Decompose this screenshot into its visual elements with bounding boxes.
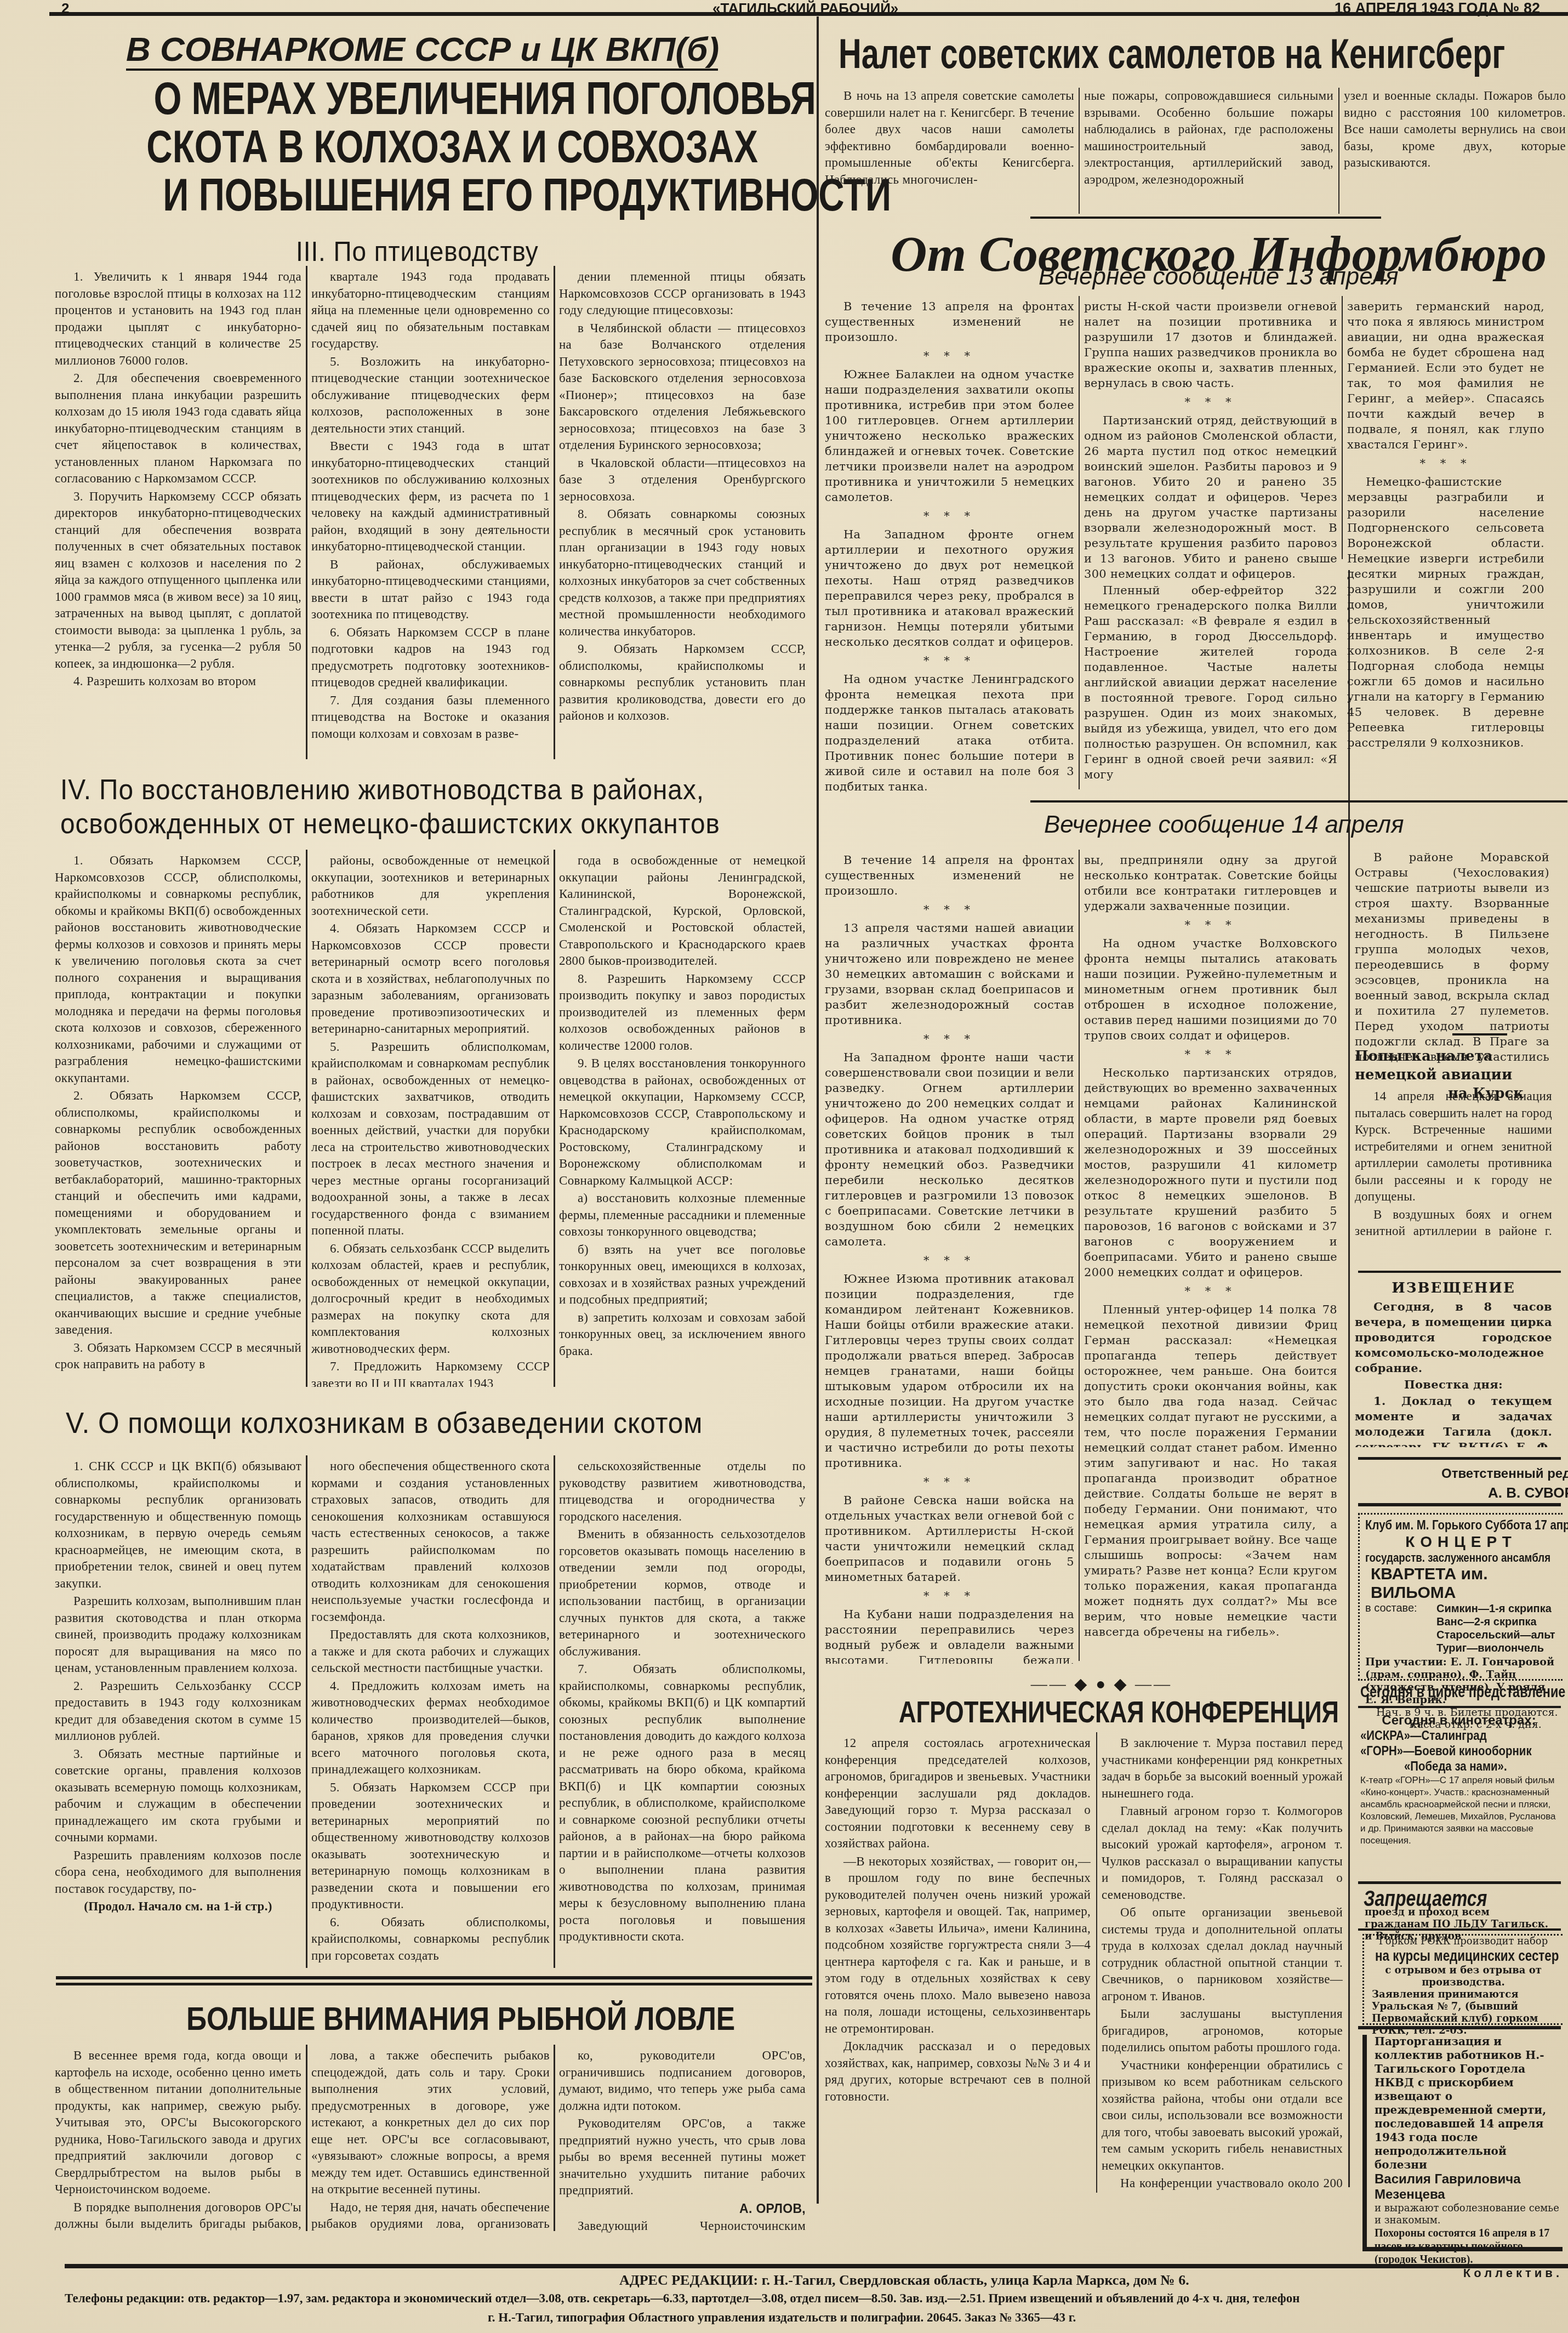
paragraph: Вменить в обязанность сельхозотделов гор… — [559, 1526, 806, 1660]
separator-stars: * * * — [825, 1031, 1074, 1046]
masthead-rule — [49, 12, 1568, 16]
separator-stars: * * * — [825, 1253, 1074, 1268]
koenigsberg-rule — [1030, 217, 1381, 219]
divider — [554, 850, 555, 1387]
author-title: Заведующий Черноисточинским рыбпунктом. — [559, 2218, 806, 2234]
paragraph: В порядке выполнения договоров ОРС'ы дол… — [55, 2199, 301, 2234]
paragraph: ные пожары, сопровождавшиеся сильными вз… — [1084, 88, 1333, 188]
paragraph: 4. Разрешить колхозам во втором — [55, 673, 301, 690]
paragraph: 8. Обязать совнаркомы союзных республик … — [559, 506, 806, 640]
paragraph: 1. Обязать Наркомзем СССР, Наркомсовхозо… — [55, 852, 301, 1086]
paragraph: В течение 13 апреля на фронтах существен… — [825, 299, 1074, 345]
report-14-col-3: В районе Моравской Остравы (Чехословакия… — [1355, 850, 1549, 1069]
paragraph: 3. Обязать местные партийные и советские… — [55, 1746, 301, 1846]
paragraph: ристы Н-ской части произвели огневой нал… — [1084, 299, 1337, 391]
section-4-col-2: районы, освобожденные от немецкой оккупа… — [311, 852, 550, 1387]
concert-venue: Клуб им. М. Горького Суббота 17 апреля — [1365, 1518, 1533, 1533]
obituary-funeral: Похороны состоятся 16 апреля в 17 часов … — [1375, 2227, 1563, 2266]
footer-rule — [65, 2264, 1568, 2268]
paragraph: 2. Для обеспечения своевременного выполн… — [55, 370, 301, 487]
fishing-title: БОЛЬШЕ ВНИМАНИЯ РЫБНОЙ ЛОВЛЕ — [186, 2000, 735, 2038]
paragraph: узел и военные склады. Пожаров было видн… — [1344, 88, 1566, 172]
editor-rule — [1358, 1503, 1561, 1506]
circus-rule — [1358, 1706, 1561, 1708]
obituary-condolence: и выражают соболезнование семье и знаком… — [1375, 2203, 1563, 2227]
paragraph: Пленный унтер-офицер 14 полка 78 немецко… — [1084, 1302, 1337, 1640]
separator-stars: * * * — [825, 902, 1074, 917]
report-13-col-2: ристы Н-ской части произвели огневой нал… — [1084, 299, 1337, 792]
paragraph: года в освобожденные от немецкой оккупац… — [559, 852, 806, 970]
koenigsberg-title: Налет советских самолетов на Кенигсберг — [839, 30, 1568, 78]
koenigsberg-col-3: узел и военные склады. Пожаров было видн… — [1344, 88, 1566, 214]
circus-title: Сегодня в цирке представление — [1360, 1683, 1565, 1702]
separator-stars: * * * — [1347, 456, 1544, 471]
red-cross-title: на курсы медицинских сестер — [1375, 1947, 1525, 1965]
paragraph: 12 апреля состоялась агротехническая кон… — [825, 1735, 1091, 1852]
divider — [1079, 850, 1080, 1661]
paragraph: 8. Разрешить Наркомзему СССР производить… — [559, 971, 806, 1055]
notice-text: Сегодня, в 8 часов вечера, в помещении ц… — [1355, 1299, 1552, 1376]
paragraph: Разрешить правлениям колхозов после сбор… — [55, 1847, 301, 1898]
agenda-title: Повестка дня: — [1355, 1377, 1552, 1392]
notice-rule — [1358, 1271, 1561, 1273]
paragraph: Южнее Балаклеи на одном участке наши под… — [825, 367, 1074, 505]
paragraph: 7. Для создания базы племенного птицевод… — [311, 692, 550, 743]
paragraph: Были заслушаны выступления бригадиров, а… — [1102, 2006, 1343, 2056]
paragraph: районы, освобожденные от немецкой оккупа… — [311, 852, 550, 919]
paragraph: 1. СНК СССР и ЦК ВКП(б) обязывают облисп… — [55, 1458, 301, 1592]
red-cross-line: с отрывом и без отрыва от производства. — [1364, 1965, 1563, 1989]
paragraph: 7. Предложить Наркомзему СССР завезти во… — [311, 1358, 550, 1387]
ensemble-member: Симкин—1-я скрипка — [1436, 1602, 1555, 1615]
kicker-rule — [126, 69, 718, 71]
newspaper-page: 2 «ТАГИЛЬСКИЙ РАБОЧИЙ» 16 АПРЕЛЯ 1943 ГО… — [0, 0, 1568, 2333]
report-13-col-1: В течение 13 апреля на фронтах существен… — [825, 299, 1074, 792]
paragraph: —В некоторых хозяйствах, — говорит он,—в… — [825, 1853, 1091, 2038]
notice-body: Сегодня, в 8 часов вечера, в помещении ц… — [1355, 1299, 1552, 1447]
section-3-title: III. По птицеводству — [296, 236, 539, 268]
paragraph: Южнее Изюма противник атаковал позиции п… — [825, 1271, 1074, 1471]
obituary: Парторганизация и коллектив работников Н… — [1362, 2035, 1563, 2251]
author-name: А. ОРЛОВ, — [559, 2200, 806, 2217]
kursk-text: 14 апреля немецкая авиация пыталась сове… — [1355, 1088, 1552, 1236]
section-3-col-2: квартале 1943 года продавать инкубаторно… — [311, 269, 550, 762]
section-5-col-3: сельскохозяйственные отделы по руководст… — [559, 1458, 806, 1968]
paragraph: Руководителям ОРС'ов, а также предприяти… — [559, 2115, 806, 2199]
paragraph: В районе Моравской Остравы (Чехословакия… — [1355, 850, 1549, 1069]
editor-name: А. В. СУВОРОВ — [1488, 1484, 1568, 1501]
continued-note: (Продол. Начало см. на 1-й стр.) — [55, 1898, 301, 1915]
paragraph: Партизанский отряд, действующий в одном … — [1084, 413, 1337, 582]
cinema-line: «ИСКРА»—Сталинград — [1360, 1728, 1528, 1744]
fishing-col-2: лова, а также обеспечить рыбаков спецоде… — [311, 2047, 550, 2234]
report-13-title: Вечернее сообщение 13 апреля — [1039, 263, 1399, 291]
paragraph: На одном участке Волховского фронта немц… — [1084, 936, 1337, 1043]
fishing-col-1: В весеннее время года, когда овощи и кар… — [55, 2047, 301, 2234]
kursk-title-line: Попытка налета немецкой авиации — [1355, 1047, 1552, 1084]
ensemble-member: Ванс—2-я скрипка — [1436, 1615, 1555, 1629]
divider — [1079, 296, 1080, 789]
paragraph: 5. Возложить на инкубаторно-птицеводческ… — [311, 354, 550, 437]
notice-title: ИЗВЕЩЕНИЕ — [1355, 1280, 1552, 1296]
paragraph: вы, предприняли одну за другой несколько… — [1084, 852, 1337, 914]
ensemble-member: Старосельский—альт — [1436, 1629, 1555, 1642]
paragraph: сельскохозяйственные отделы по руководст… — [559, 1458, 806, 1525]
fishing-rule — [56, 1983, 812, 1985]
paragraph: квартале 1943 года продавать инкубаторно… — [311, 269, 550, 352]
paragraph: Несколько партизанских отрядов, действую… — [1084, 1065, 1337, 1280]
report-14-col-1: В течение 14 апреля на фронтах существен… — [825, 852, 1074, 1664]
section-3-col-3: дении племенной птицы обязать Наркомсовх… — [559, 269, 806, 762]
paragraph: На Западном фронте наши части совершенст… — [825, 1050, 1074, 1249]
fishing-col-3: ко, руководители ОРС'ов, ограничившись п… — [559, 2047, 806, 2234]
paragraph: Немецко-фашистские мерзавцы разграбили и… — [1347, 474, 1544, 750]
divider — [1342, 296, 1343, 559]
paragraph: 5. Разрешить облисполкомам, крайисполком… — [311, 1039, 550, 1239]
paragraph: 4. Предложить колхозам иметь на животнов… — [311, 1678, 550, 1778]
divider — [554, 266, 555, 759]
agro-col-2: В заключение т. Мурза поставил перед уча… — [1102, 1735, 1343, 2195]
paragraph: В районе Севска наши войска на отдельных… — [825, 1493, 1074, 1585]
separator-stars: * * * — [1084, 1046, 1337, 1062]
section-4-title: IV. По восстановлению животноводства в р… — [60, 773, 817, 841]
paragraph: 6. Обязать сельхозбанк СССР выделить кол… — [311, 1241, 550, 1358]
report-13-col-3: заверить германский народ, что пока я яв… — [1347, 299, 1544, 792]
section-4-title-line: освобожденных от немецко-фашистских окку… — [60, 807, 756, 841]
paragraph: В заключение т. Мурза поставил перед уча… — [1102, 1735, 1343, 1802]
agenda-item: 1. Доклад о текущем моменте и задачах мо… — [1355, 1393, 1552, 1447]
section-5-col-1: 1. СНК СССР и ЦК ВКП(б) обязывают облисп… — [55, 1458, 301, 1968]
report-14-title: Вечернее сообщение 14 апреля — [1044, 811, 1404, 839]
red-cross-ad: Горком РОКК производит набор на курсы ме… — [1362, 1934, 1563, 2025]
paragraph: а) восстановить колхозные племенные ферм… — [559, 1190, 806, 1241]
report-14-col-2: вы, предприняли одну за другой несколько… — [1084, 852, 1337, 1664]
paragraph: Главный агроном горзо т. Колмогоров сдел… — [1102, 1803, 1343, 1903]
paragraph: 1. Увеличить к 1 января 1944 года поголо… — [55, 269, 301, 369]
paragraph: 7. Обязать облисполкомы, крайисполкомы, … — [559, 1661, 806, 1945]
section-4-title-line: IV. По восстановлению животноводства в р… — [60, 773, 756, 807]
report-14-rule — [1030, 800, 1567, 803]
separator-stars: * * * — [825, 653, 1074, 668]
paragraph: 14 апреля немецкая авиация пыталась сове… — [1355, 1088, 1552, 1205]
divider — [306, 266, 307, 759]
paragraph: в) запретить колхозам и совхозам забой т… — [559, 1310, 806, 1360]
obituary-text: Парторганизация и коллектив работников Н… — [1375, 2035, 1563, 2172]
section-4-col-1: 1. Обязать Наркомзем СССР, Наркомсовхозо… — [55, 852, 301, 1387]
paragraph: 13 апреля частями нашей авиации на разли… — [825, 920, 1074, 1028]
decree-title-line: СКОТА В КОЛХОЗАХ И СОВХОЗАХ — [146, 122, 758, 170]
paragraph: Об опыте организации звеньевой системы т… — [1102, 1904, 1343, 2005]
decree-title-line: О МЕРАХ УВЕЛИЧЕНИЯ ПОГОЛОВЬЯ — [153, 74, 816, 122]
concert-title: КОНЦЕРТ — [1360, 1533, 1563, 1551]
section-3-col-1: 1. Увеличить к 1 января 1944 года поголо… — [55, 269, 301, 762]
paragraph: лова, а также обеспечить рыбаков спецоде… — [311, 2047, 550, 2198]
paragraph: Пленный обер-ефрейтор 322 немецкого грен… — [1084, 583, 1337, 782]
paragraph: ного обеспечения общественного скота кор… — [311, 1458, 550, 1625]
paragraph: Разрешить колхозам, выполнившим план раз… — [55, 1593, 301, 1677]
ban-rule — [1358, 1928, 1561, 1931]
divider — [306, 1455, 307, 1968]
red-cross-line: Горком РОКК производит набор — [1364, 1936, 1563, 1947]
composition-label: в составе: — [1365, 1602, 1436, 1655]
paragraph: Надо, не теряя дня, начать обеспечение р… — [311, 2199, 550, 2234]
paragraph: 4. Обязать Наркомзем СССР и Наркомсовхоз… — [311, 920, 550, 1038]
divider — [306, 850, 307, 1387]
paragraph: Докладчик рассказал и о передовых хозяйс… — [825, 2038, 1091, 2105]
paragraph: 6. Обязать облисполкомы, крайисполкомы, … — [311, 1914, 550, 1965]
cinema-title: Сегодня в кинотеатрах: — [1360, 1713, 1558, 1728]
section-5-col-2: ного обеспечения общественного скота кор… — [311, 1458, 550, 1968]
paragraph: 2. Разрешить Сельхозбанку СССР предостав… — [55, 1678, 301, 1745]
column-divider-main — [817, 16, 819, 2204]
red-cross-line: Заявления принимаются Уральская № 7, (бы… — [1372, 1989, 1563, 2037]
concert-subtitle: государств. заслуженного ансамбля — [1365, 1551, 1533, 1565]
cinema-block: Сегодня в кинотеатрах: «ИСКРА»—Сталингра… — [1360, 1713, 1558, 1847]
koenigsberg-col-2: ные пожары, сопровождавшиеся сильными вз… — [1084, 88, 1333, 214]
paragraph: В весеннее время года, когда овощи и кар… — [55, 2047, 301, 2198]
separator-stars: * * * — [825, 1474, 1074, 1489]
footer-phones: Телефоны редакции: отв. редактор—1.97, з… — [65, 2291, 1299, 2306]
paragraph: На конференции участвовало около 200 чел… — [1102, 2175, 1343, 2195]
paragraph: заверить германский народ, что пока я яв… — [1347, 299, 1544, 452]
paragraph: 9. В целях восстановления тонкорунного о… — [559, 1055, 806, 1189]
ban-rule — [1358, 1881, 1561, 1884]
obituary-rule — [1358, 2026, 1561, 2029]
editor-label: Ответственный редактор — [1441, 1466, 1568, 1482]
paragraph: На Кубани наши подразделения на расстоян… — [825, 1607, 1074, 1664]
divider — [1079, 88, 1080, 214]
paragraph: 2. Обязать Наркомзем СССР, облисполкомы,… — [55, 1088, 301, 1339]
agro-col-1: 12 апреля состоялась агротехническая кон… — [825, 1735, 1091, 2195]
paragraph: 6. Обязать Наркомзем СССР в плане подгот… — [311, 624, 550, 691]
paragraph: На одном участке Ленинградского фронта н… — [825, 672, 1074, 792]
section-4-col-3: года в освобожденные от немецкой оккупац… — [559, 852, 806, 1387]
concert-ensemble: КВАРТЕТА им. ВИЛЬОМА — [1371, 1565, 1563, 1602]
paragraph: 5. Обязать Наркомзем СССР при проведении… — [311, 1779, 550, 1913]
fishing-rule — [56, 1976, 812, 1979]
paragraph: В районах, обслуживаемых инкубаторно-пти… — [311, 556, 550, 623]
paragraph: 3. Обязать Наркомзем СССР в месячный сро… — [55, 1340, 301, 1373]
paragraph: Предоставлять для скота колхозников, а т… — [311, 1626, 550, 1677]
separator-stars: * * * — [1084, 394, 1337, 409]
decree-kicker: В СОВНАРКОМЕ СССР и ЦК ВКП(б) — [126, 30, 718, 69]
paragraph: В воздушных боях и огнем зенитной артилл… — [1355, 1207, 1552, 1237]
separator-stars: * * * — [825, 1588, 1074, 1603]
paragraph: 9. Обязать Наркомзем СССР, облисполкомы,… — [559, 641, 806, 725]
paragraph: В течение 14 апреля на фронтах существен… — [825, 852, 1074, 898]
ensemble-member: Туриг—виолончель — [1436, 1642, 1555, 1655]
divider — [1338, 88, 1339, 214]
decree-title: О МЕРАХ УВЕЛИЧЕНИЯ ПОГОЛОВЬЯ СКОТА В КОЛ… — [60, 74, 789, 219]
cinema-line: «Победа за нами». — [1404, 1759, 1535, 1774]
cinema-line: «ГОРН»—Боевой кинооборник — [1360, 1744, 1528, 1759]
editor-rule — [1358, 1457, 1561, 1460]
agro-title: АГРОТЕХНИЧЕСКАЯ КОНФЕРЕНЦИЯ — [899, 1694, 1339, 1729]
paragraph: б) взять на учет все поголовье тонкорунн… — [559, 1242, 806, 1308]
divider — [306, 2045, 307, 2231]
koenigsberg-col-1: В ночь на 13 апреля советские самолеты с… — [825, 88, 1074, 214]
paragraph: Ввести с 1943 года в штат инкубаторно-пт… — [311, 438, 550, 555]
divider — [554, 2045, 555, 2231]
paragraph: Участники конференции обратились с призы… — [1102, 2057, 1343, 2175]
footer-address: АДРЕС РЕДАКЦИИ: г. Н.-Тагил, Свердловска… — [619, 2272, 1189, 2289]
paragraph: 3. Поручить Наркомзему СССР обязать дире… — [55, 488, 301, 673]
separator-stars: * * * — [1084, 917, 1337, 932]
paragraph: в Чкаловской области—птицесовхоз на базе… — [559, 455, 806, 505]
divider — [1096, 1732, 1097, 2193]
section-5-title: V. О помощи колхозникам в обзаведении ск… — [66, 1406, 703, 1440]
separator-stars: * * * — [1084, 1283, 1337, 1299]
concert-ad: Клуб им. М. Горького Суббота 17 апреля К… — [1358, 1513, 1563, 1681]
footer-printer: г. Н.-Тагил, типография Областного управ… — [488, 2311, 1076, 2325]
paragraph: На Западном фронте огнем артиллерии и пе… — [825, 527, 1074, 650]
divider — [554, 1455, 555, 1968]
kursk-rule — [1452, 1033, 1507, 1035]
obituary-name: Василия Гавриловича Мезенцева — [1375, 2172, 1563, 2203]
paragraph: дении племенной птицы обязать Наркомсовх… — [559, 269, 806, 319]
paragraph: В ночь на 13 апреля советские самолеты с… — [825, 88, 1074, 188]
paragraph: ко, руководители ОРС'ов, ограничившись п… — [559, 2047, 806, 2114]
agro-ornament: —— ◆ ● ◆ —— — [1003, 1675, 1200, 1694]
cinema-note: К-театр «ГОРН»—С 17 апреля новый фильм «… — [1360, 1774, 1558, 1847]
separator-stars: * * * — [825, 348, 1074, 363]
paragraph: в Челябинской области — птицесовхоз на б… — [559, 320, 806, 454]
decree-title-line: И ПОВЫШЕНИЯ ЕГО ПРОДУКТИВНОСТИ — [163, 170, 891, 219]
separator-stars: * * * — [825, 508, 1074, 523]
